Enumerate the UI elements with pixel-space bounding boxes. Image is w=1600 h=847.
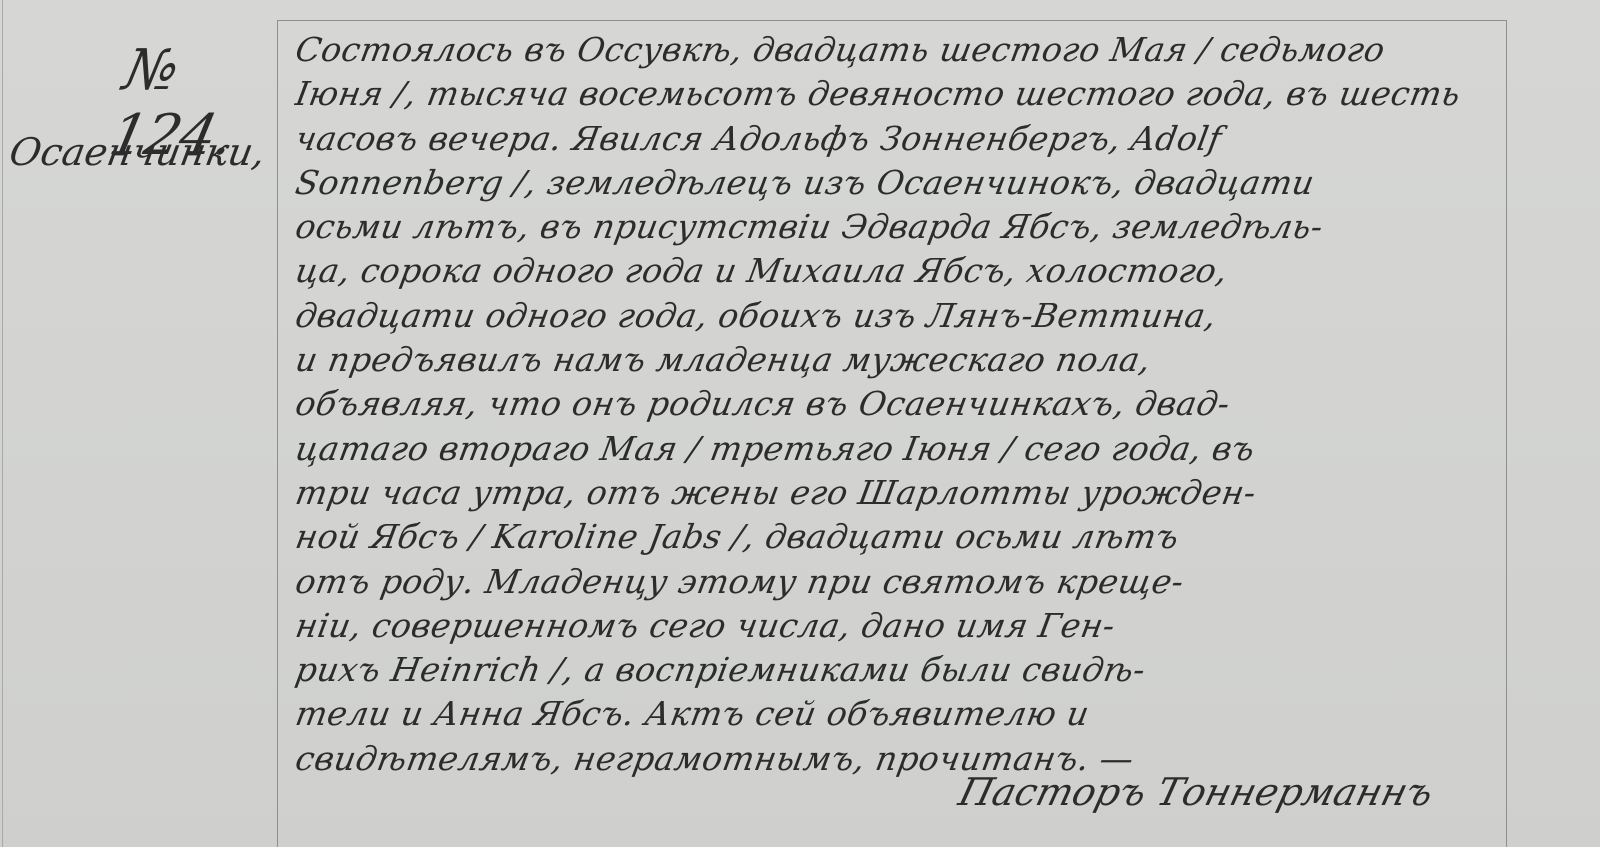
entry-line: и предъявилъ намъ младенца мужескаго пол…	[292, 338, 1510, 382]
pastor-signature: Пасторъ Тоннерманнъ	[955, 770, 1438, 814]
entry-line: часовъ вечера. Явился Адольфъ Зонненберг…	[292, 117, 1510, 161]
entry-line: ца, сорока одного года и Михаила Ябсъ, х…	[292, 249, 1510, 293]
entry-line: Іюня /, тысяча восемьсотъ девяносто шест…	[292, 72, 1510, 116]
entry-line: тели и Анна Ябсъ. Актъ сей объявителю и	[292, 692, 1510, 736]
margin-place-name: Осаенчинки,	[6, 130, 269, 174]
entry-line: двадцати одного года, обоихъ изъ Лянъ-Ве…	[292, 294, 1510, 338]
entry-line: три часа утра, отъ жены его Шарлотты уро…	[292, 471, 1510, 515]
entry-line: цатаго втораго Мая / третьяго Іюня / сег…	[292, 427, 1510, 471]
entry-line: объявляя, что онъ родился въ Осаенчинках…	[292, 382, 1510, 426]
entry-line: Sonnenberg /, земледѣлецъ изъ Осаенчинок…	[292, 161, 1510, 205]
entry-line: рихъ Heinrich /, а воспріемниками были с…	[292, 648, 1510, 692]
entry-line: осьми лѣтъ, въ присутствіи Эдварда Ябсъ,…	[292, 205, 1510, 249]
entry-line: отъ роду. Младенцу этому при святомъ кре…	[292, 560, 1510, 604]
page-edge-rule	[2, 0, 3, 847]
entry-body: Состоялось въ Оссувкѣ, двадцать шестого …	[292, 28, 1502, 781]
entry-line: Состоялось въ Оссувкѣ, двадцать шестого …	[292, 28, 1510, 72]
register-page: № 124. Осаенчинки, Состоялось въ Оссувкѣ…	[0, 0, 1600, 847]
entry-line: ніи, совершенномъ сего числа, дано имя Г…	[292, 604, 1510, 648]
entry-line: ной Ябсъ / Karoline Jabs /, двадцати ось…	[292, 515, 1510, 559]
